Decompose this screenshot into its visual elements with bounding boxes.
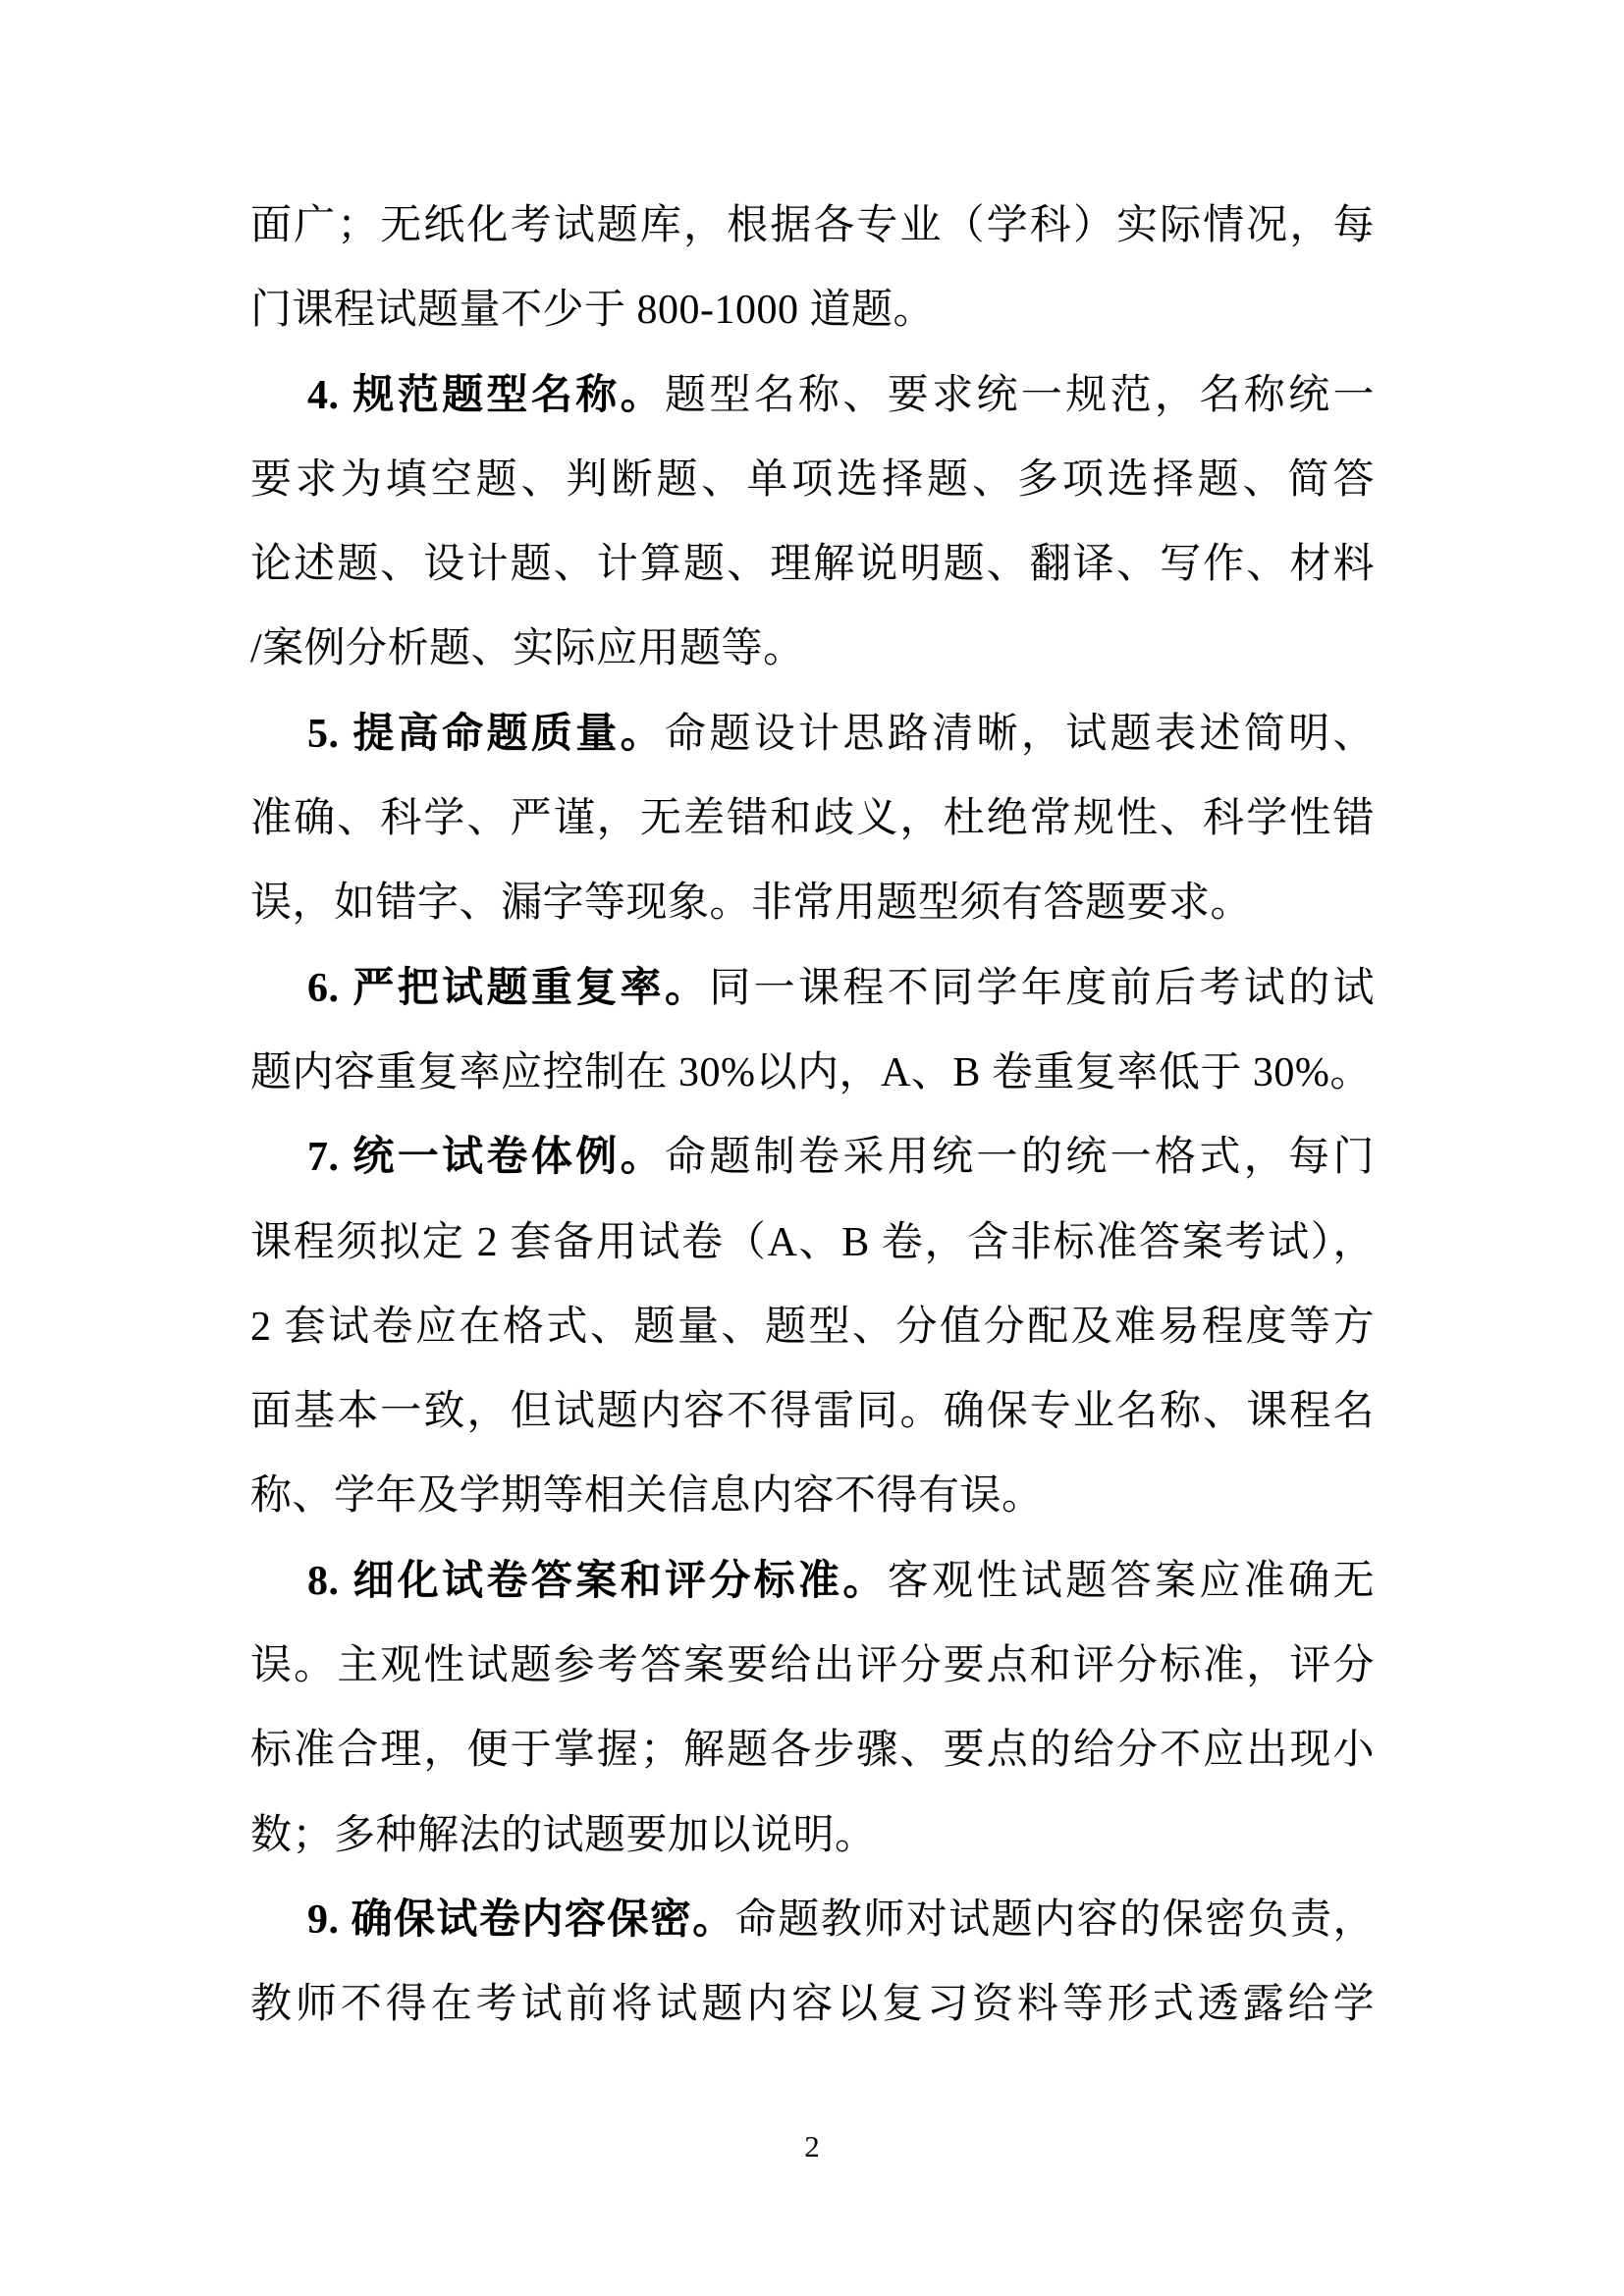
text-line: 9. 确保试卷内容保密。命题教师对试题内容的保密负责， bbox=[250, 1878, 1375, 1962]
text-line: 面广；无纸化考试题库，根据各专业（学科）实际情况，每 bbox=[250, 184, 1375, 268]
line-text: 命题制卷采用统一的统一格式，每门 bbox=[665, 1135, 1375, 1180]
text-line: 误，如错字、漏字等现象。非常用题型须有答题要求。 bbox=[250, 861, 1375, 945]
line-text: 标准合理，便于掌握；解题各步骤、要点的给分不应出现小 bbox=[250, 1728, 1375, 1773]
line-text: 教师不得在考试前将试题内容以复习资料等形式透露给学 bbox=[250, 1982, 1375, 2027]
item-number-heading: 8. 细化试卷答案和评分标准。 bbox=[307, 1559, 888, 1604]
line-text: 面基本一致，但试题内容不得雷同。确保专业名称、课程名 bbox=[250, 1389, 1375, 1434]
line-text: 误。主观性试题参考答案要给出评分要点和评分标准，评分 bbox=[250, 1643, 1375, 1688]
text-line: 7. 统一试卷体例。命题制卷采用统一的统一格式，每门 bbox=[250, 1115, 1375, 1200]
text-line: 准确、科学、严谨，无差错和歧义，杜绝常规性、科学性错 bbox=[250, 776, 1375, 861]
item-number-heading: 6. 严把试题重复率。 bbox=[307, 966, 709, 1011]
line-text: 命题教师对试题内容的保密负责， bbox=[735, 1897, 1375, 1943]
line-text: 门课程试题量不少于 800-1000 道题。 bbox=[250, 288, 935, 333]
line-text: 要求为填空题、判断题、单项选择题、多项选择题、简答题、 bbox=[250, 457, 1375, 522]
text-line: /案例分析题、实际应用题等。 bbox=[250, 607, 1375, 691]
line-text: 同一课程不同学年度前后考试的试 bbox=[709, 966, 1375, 1011]
line-text: 称、学年及学期等相关信息内容不得有误。 bbox=[250, 1473, 1044, 1519]
line-text: 命题设计思路清晰，试题表述简明、 bbox=[665, 712, 1375, 757]
line-text: 数；多种解法的试题要加以说明。 bbox=[250, 1813, 877, 1858]
line-text: 课程须拟定 2 套备用试卷（A、B 卷，含非标准答案考试）， bbox=[250, 1220, 1375, 1265]
text-line: 称、学年及学期等相关信息内容不得有误。 bbox=[250, 1454, 1375, 1538]
line-text: /案例分析题、实际应用题等。 bbox=[250, 626, 805, 671]
page-number: 2 bbox=[0, 2129, 1624, 2164]
text-line: 论述题、设计题、计算题、理解说明题、翻译、写作、材料 bbox=[250, 522, 1375, 607]
item-number-heading: 7. 统一试卷体例。 bbox=[307, 1135, 665, 1180]
line-text: 客观性试题答案应准确无 bbox=[888, 1559, 1375, 1604]
text-line: 2 套试卷应在格式、题量、题型、分值分配及难易程度等方 bbox=[250, 1285, 1375, 1369]
item-number-heading: 4. 规范题型名称。 bbox=[307, 373, 665, 418]
item-number-heading: 5. 提高命题质量。 bbox=[307, 712, 665, 757]
document-page: 面广；无纸化考试题库，根据各专业（学科）实际情况，每门课程试题量不少于 800-… bbox=[0, 0, 1624, 2296]
text-line: 教师不得在考试前将试题内容以复习资料等形式透露给学 bbox=[250, 1962, 1375, 2047]
line-text: 论述题、设计题、计算题、理解说明题、翻译、写作、材料 bbox=[250, 542, 1375, 587]
text-line: 5. 提高命题质量。命题设计思路清晰，试题表述简明、 bbox=[250, 692, 1375, 776]
line-text: 面广；无纸化考试题库，根据各专业（学科）实际情况，每 bbox=[250, 203, 1375, 248]
text-line: 6. 严把试题重复率。同一课程不同学年度前后考试的试 bbox=[250, 946, 1375, 1031]
item-number-heading: 9. 确保试卷内容保密。 bbox=[307, 1897, 735, 1943]
text-line: 题内容重复率应控制在 30%以内，A、B 卷重复率低于 30%。 bbox=[250, 1031, 1375, 1115]
line-text: 题内容重复率应控制在 30%以内，A、B 卷重复率低于 30%。 bbox=[250, 1050, 1372, 1095]
text-line: 课程须拟定 2 套备用试卷（A、B 卷，含非标准答案考试）， bbox=[250, 1201, 1375, 1285]
text-line: 数；多种解法的试题要加以说明。 bbox=[250, 1793, 1375, 1878]
text-line: 标准合理，便于掌握；解题各步骤、要点的给分不应出现小 bbox=[250, 1708, 1375, 1792]
page-body-text: 面广；无纸化考试题库，根据各专业（学科）实际情况，每门课程试题量不少于 800-… bbox=[250, 184, 1375, 2048]
line-text: 误，如错字、漏字等现象。非常用题型须有答题要求。 bbox=[250, 881, 1252, 926]
text-line: 误。主观性试题参考答案要给出评分要点和评分标准，评分 bbox=[250, 1624, 1375, 1708]
line-text: 2 套试卷应在格式、题量、题型、分值分配及难易程度等方 bbox=[250, 1305, 1375, 1350]
text-line: 面基本一致，但试题内容不得雷同。确保专业名称、课程名 bbox=[250, 1369, 1375, 1454]
text-line: 8. 细化试卷答案和评分标准。客观性试题答案应准确无 bbox=[250, 1539, 1375, 1624]
text-line: 4. 规范题型名称。题型名称、要求统一规范，名称统一 bbox=[250, 353, 1375, 438]
text-line: 门课程试题量不少于 800-1000 道题。 bbox=[250, 268, 1375, 352]
line-text: 准确、科学、严谨，无差错和歧义，杜绝常规性、科学性错 bbox=[250, 796, 1375, 841]
line-text: 题型名称、要求统一规范，名称统一 bbox=[665, 373, 1375, 418]
text-line: 要求为填空题、判断题、单项选择题、多项选择题、简答题、 bbox=[250, 438, 1375, 522]
